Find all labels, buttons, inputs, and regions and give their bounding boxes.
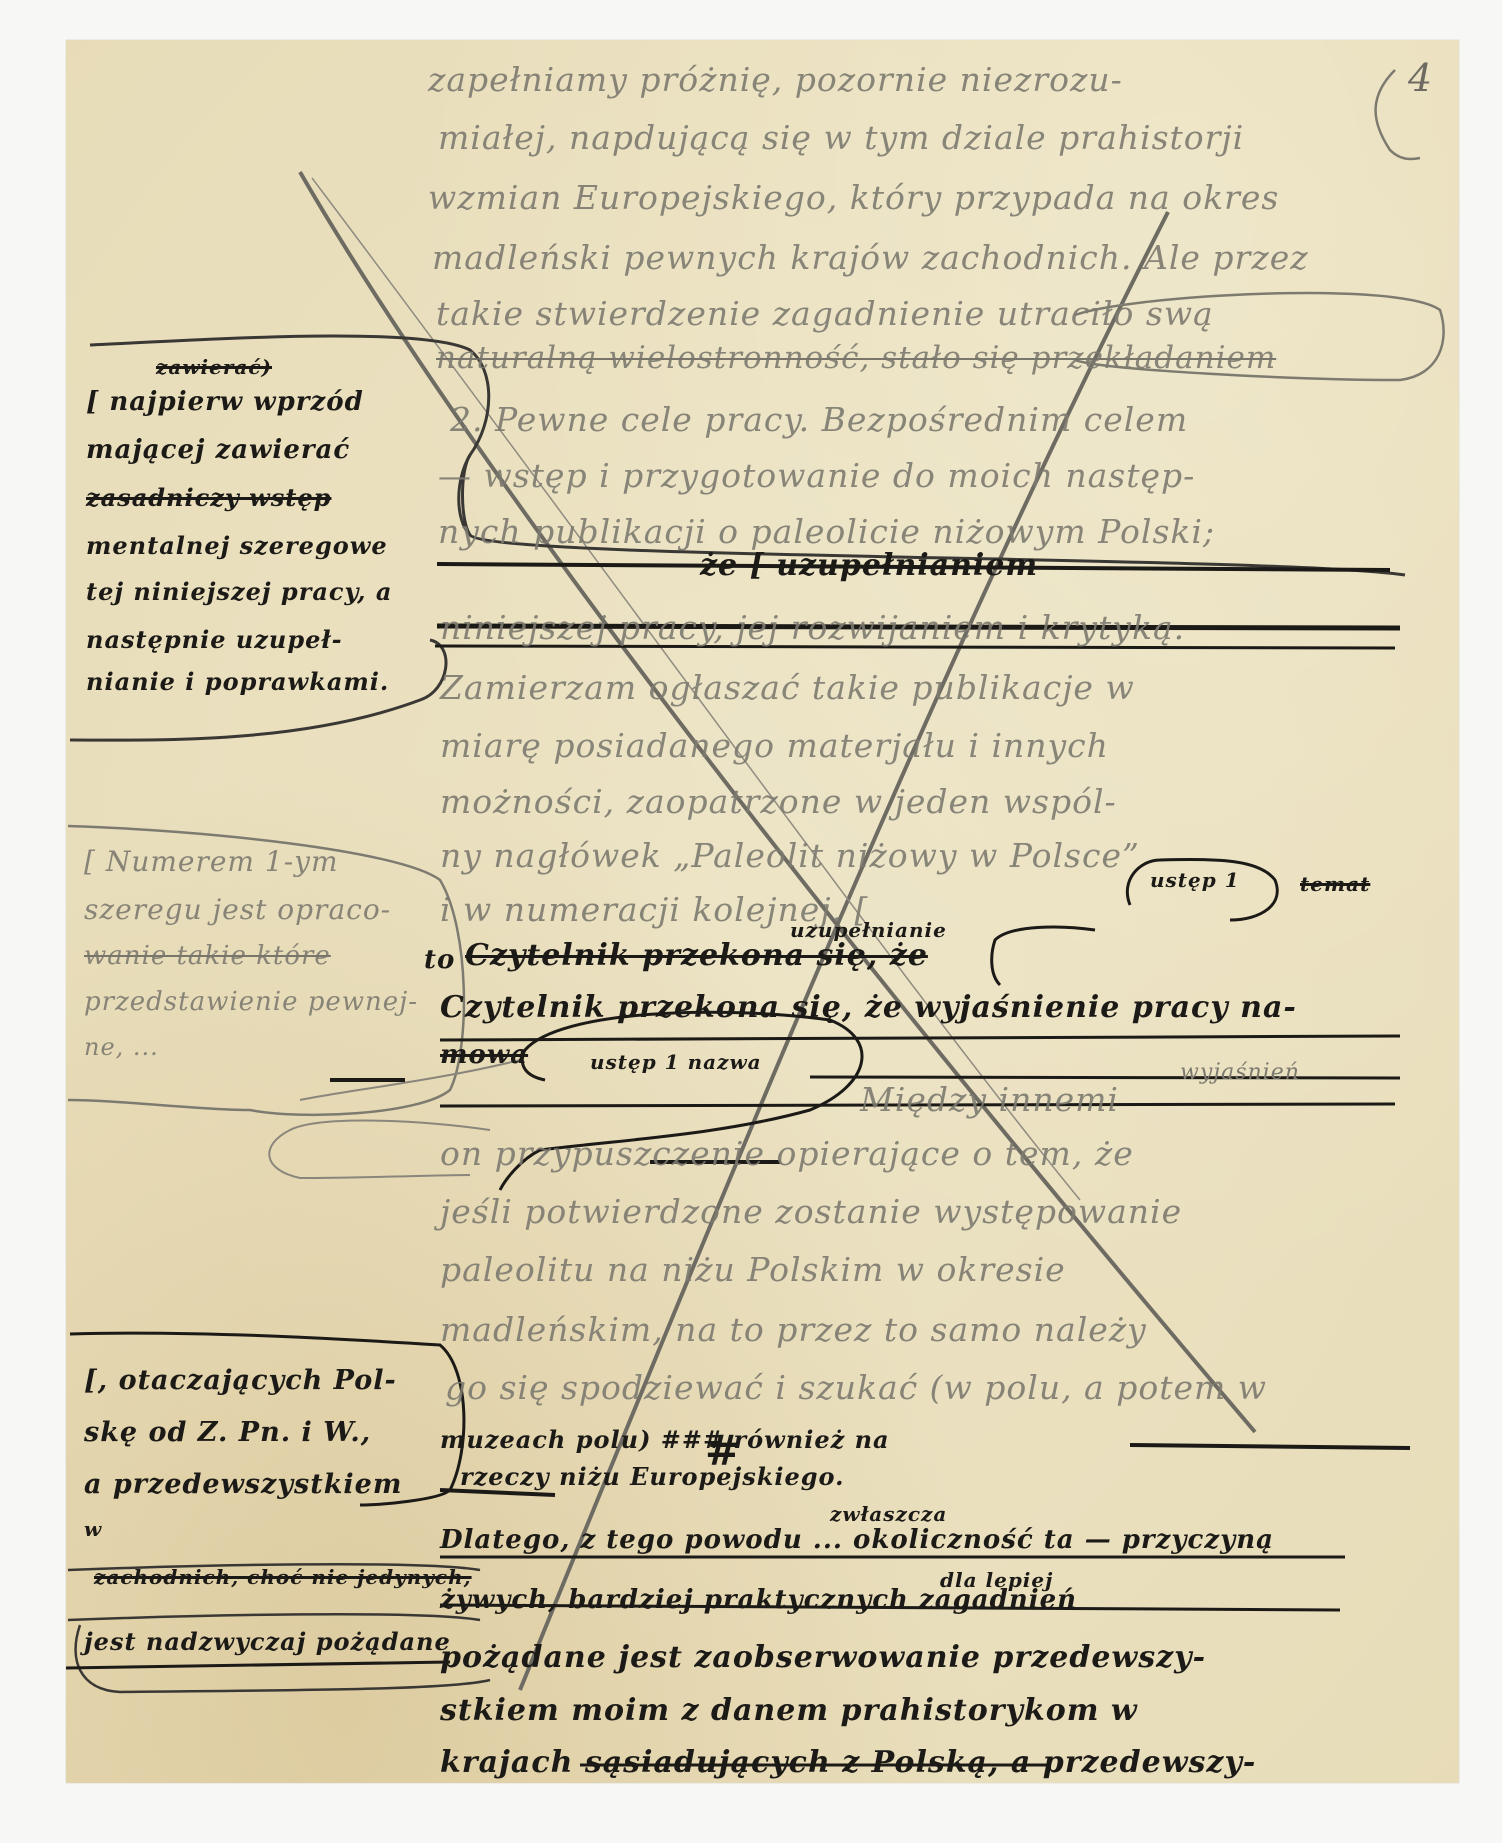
- note-line: [ najpierw wprzód: [86, 387, 364, 417]
- text-line: Zamierzam ogłaszać takie publikacje w: [440, 668, 1135, 707]
- text-line: krajach sąsiadujących z Polską, a przede…: [440, 1745, 1256, 1780]
- note-line: szeregu jest opraco-: [84, 893, 391, 926]
- note-line: [, otaczających Pol-: [84, 1365, 397, 1396]
- note-line: a przedewszystkiem: [84, 1469, 402, 1500]
- insertion: ustęp 1: [1150, 868, 1240, 892]
- text-line: madleński pewnych krajów zachodnich. Ale…: [432, 238, 1309, 277]
- text-line: muzeach polu) ### również na: [440, 1425, 890, 1454]
- note-line: mentalnej szeregowe: [86, 531, 388, 560]
- insertion: temat: [1300, 872, 1370, 896]
- text-line: — wstęp i przygotowanie do moich następ-: [438, 456, 1195, 495]
- text-line: naturalną wielostronność, stało się prze…: [436, 340, 1276, 376]
- text-line: Dlatego, z tego powodu ... okoliczność t…: [440, 1525, 1274, 1555]
- ink-mark: to: [424, 945, 455, 975]
- note-line: w: [84, 1517, 102, 1541]
- text-line: wzmian Europejskiego, który przypada na …: [428, 178, 1279, 217]
- text-line: takie stwierdzenie zagadnienie utraciło …: [436, 294, 1214, 333]
- text-line: on przypuszczenie opierające o tem, że: [440, 1134, 1134, 1173]
- text-line: możności, zaopatrzone w jeden wspól-: [440, 782, 1117, 821]
- text-line: go się spodziewać i szukać (w polu, a po…: [445, 1368, 1267, 1407]
- text-line: niniejszej pracy, jej rozwijaniem i kryt…: [440, 608, 1185, 647]
- note-line: następnie uzupeł-: [86, 625, 343, 654]
- note-line: tej niniejszej pracy, a: [86, 577, 392, 606]
- text-line: miałej, napdującą się w tym dziale prahi…: [438, 118, 1244, 157]
- note-line: zasadniczy wstęp: [86, 483, 331, 512]
- insertion: dla lepiej: [940, 1568, 1053, 1592]
- text-line: nych publikacji o paleolicie niżowym Pol…: [438, 512, 1215, 551]
- insertion: wyjaśnień: [1180, 1060, 1300, 1085]
- note-line: zawierać): [156, 355, 272, 379]
- note-line: jest nadzwyczaj pożądane: [84, 1627, 451, 1656]
- note-line: [ Numerem 1-ym: [84, 845, 339, 878]
- section-heading: 2. Pewne cele pracy. Bezpośrednim celem: [450, 400, 1188, 439]
- note-line: skę od Z. Pn. i W.,: [84, 1417, 371, 1448]
- insertion: zwłaszcza: [830, 1502, 947, 1526]
- note-line: ne, ...: [84, 1033, 159, 1061]
- text-line: paleolitu na niżu Polskim w okresie: [440, 1250, 1066, 1289]
- insertion: uzupełnianie: [790, 918, 947, 942]
- page-number: 4: [1408, 56, 1432, 100]
- note-line: wanie takie które: [84, 941, 331, 971]
- text-line: rzeczy niżu Europejskiego.: [460, 1462, 844, 1491]
- text-line: stkiem moim z danem prahistorykom w: [440, 1693, 1138, 1728]
- text-line: ny nagłówek „Paleolit niżowy w Polsce”: [440, 836, 1140, 875]
- text-line: Między innemi: [860, 1080, 1119, 1119]
- bubble-text: ustęp 1 nazwa: [590, 1050, 762, 1074]
- text-line: zapełniamy próżnię, pozornie niezrozu-: [428, 60, 1123, 99]
- text-line: Czytelnik przekona się, że: [465, 938, 928, 973]
- text-line: Czytelnik przekona się, że wyjaśnienie p…: [440, 990, 1297, 1025]
- note-line: nianie i poprawkami.: [86, 667, 389, 696]
- text-line: mowa: [440, 1040, 528, 1070]
- note-line: mającej zawierać: [86, 435, 350, 465]
- text-line: madleńskim, na to przez to samo należy: [440, 1310, 1147, 1349]
- text-line: miarę posiadanego materjału i innych: [440, 726, 1109, 765]
- text-line: pożądane jest zaobserwowanie przedewszy-: [440, 1640, 1206, 1675]
- note-line: zachodnich, choć nie jedynych,: [94, 1565, 472, 1589]
- inserted-text: że [ uzupełnianiem: [700, 548, 1038, 583]
- text-line: jeśli potwierdzone zostanie występowanie: [440, 1192, 1182, 1231]
- note-line: przedstawienie pewnej-: [84, 987, 418, 1017]
